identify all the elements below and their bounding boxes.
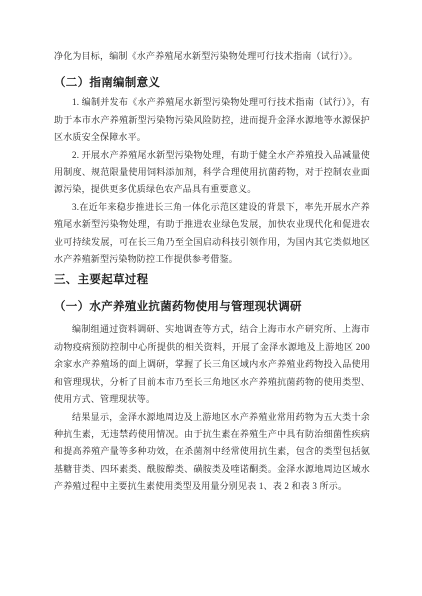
body-paragraph-3: 3.在近年来稳步推进长三角一体化示范区建设的背景下，率先开展水产养殖尾水新型污染… — [54, 199, 370, 269]
section-heading-antibiotic-survey: （一）水产养殖业抗菌药物使用与管理现状调研 — [54, 299, 370, 315]
body-paragraph-survey-results: 结果显示，金泽水源地周边及上游地区水产养殖业常用药物为五大类十余种抗生素，无违禁… — [54, 409, 370, 496]
body-paragraph-1: 1. 编制并发布《水产养殖尾水新型污染物处理可行技术指南（试行）》，有助于本市水… — [54, 94, 370, 146]
section-heading-guide-significance: （二）指南编制意义 — [54, 75, 370, 91]
chapter-heading-drafting-process: 三、主要起草过程 — [54, 272, 370, 288]
body-paragraph-2: 2. 开展水产养殖尾水新型污染物处理，有助于健全水产养殖投入品减量使用制度、规范… — [54, 147, 370, 199]
document-content: 净化为目标，编制《水产养殖尾水新型污染物处理可行技术指南（试行）》。 （二）指南… — [54, 48, 370, 496]
paragraph-continuation: 净化为目标，编制《水产养殖尾水新型污染物处理可行技术指南（试行）》。 — [54, 48, 370, 65]
body-paragraph-survey-method: 编制组通过资料调研、实地调查等方式，结合上海市水产研究所、上海市动物疫病预防控制… — [54, 321, 370, 408]
document-page: 净化为目标，编制《水产养殖尾水新型污染物处理可行技术指南（试行）》。 （二）指南… — [0, 0, 422, 596]
